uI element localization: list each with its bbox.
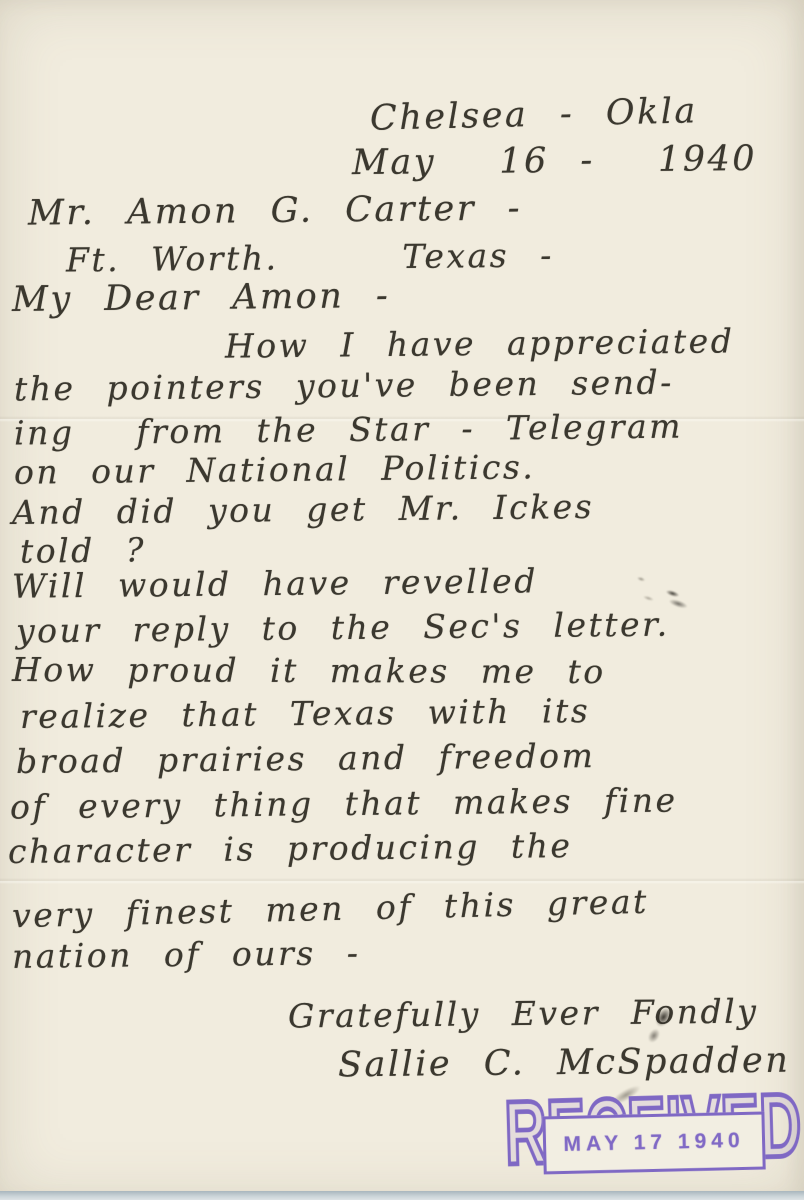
letter-body-line: How proud it makes me to [12,653,606,688]
letter-body-line: Will would have revelled [12,564,538,603]
scanner-edge-strip [0,1191,804,1200]
received-stamp-date-box: MAY 17 1940 [542,1111,765,1174]
letter-body-line: of every thing that makes fine [10,784,678,824]
letter-page: Chelsea - Okla May 16 - 1940 Mr. Amon G.… [0,0,804,1200]
letter-body-line: told ? [20,533,146,567]
letter-body-line: And did you get Mr. Ickes [12,490,594,529]
fold-crease [0,878,804,884]
closing-line: Gratefully Ever Fondly [288,995,759,1033]
letter-body-line: your reply to the Sec's letter. [16,608,670,648]
letter-date-line: May 16 - 1940 [352,142,757,181]
salutation-line: My Dear Amon - [12,279,391,318]
letter-body-line: very finest men of this great [12,885,649,932]
letter-body-line: broad prairies and freedom [16,739,596,778]
letter-body-line: nation of ours - [12,936,361,973]
letter-body-line: on our National Politics. [14,450,536,488]
letter-body-line: realize that Texas with its [20,694,591,733]
received-stamp-date: MAY 17 1940 [563,1129,745,1157]
letter-body-line: the pointers you've been send- [14,366,674,406]
recipient-line-2: Ft. Worth. Texas - [66,238,554,276]
received-stamp: RECEIVED MAY 17 1940 [504,1082,802,1198]
letter-body-line: How I have appreciated [225,324,735,362]
letter-body-line: ing from the Star - Telegram [14,409,683,449]
letter-place-line: Chelsea - Okla [370,94,699,136]
recipient-line-1: Mr. Amon G. Carter - [28,191,522,231]
letter-body-line: character is producing the [8,829,573,868]
